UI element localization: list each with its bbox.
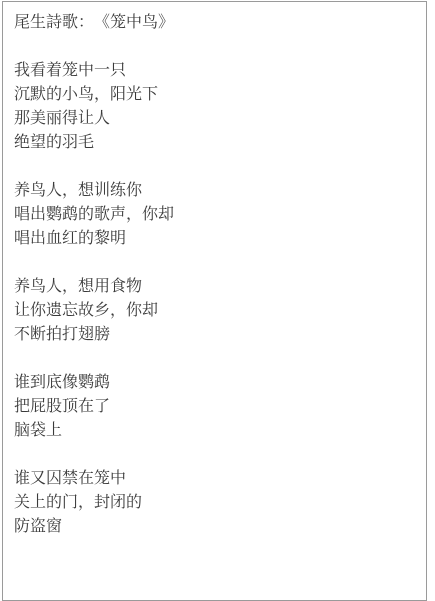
poem-line: 谁到底像鹦鹉: [14, 372, 110, 391]
stanza-2: 养鸟人，想训练你 唱出鹦鹉的歌声，你却 唱出血红的黎明: [14, 178, 414, 250]
poem-line: 养鸟人，想用食物: [14, 276, 142, 295]
poem-line: 养鸟人，想训练你: [14, 180, 142, 199]
poem-line: 防盗窗: [14, 516, 62, 535]
poem-container: 尾生詩歌： 《笼中鸟》 我看着笼中一只 沉默的小鸟，阳光下 那美丽得让人 绝望的…: [2, 1, 427, 549]
poem-line: 我看着笼中一只: [14, 60, 126, 79]
poem-line: 谁又囚禁在笼中: [14, 468, 126, 487]
stanza-5: 谁又囚禁在笼中 关上的门，封闭的 防盗窗: [14, 466, 414, 538]
poem-line: 那美丽得让人: [14, 108, 110, 127]
poem-line: 关上的门，封闭的: [14, 492, 142, 511]
poem-line: 唱出鹦鹉的歌声，你却: [14, 204, 174, 223]
poem-line: 把屁股顶在了: [14, 396, 110, 415]
stanza-3: 养鸟人，想用食物 让你遗忘故乡，你却 不断拍打翅膀: [14, 274, 414, 346]
poem-line: 绝望的羽毛: [14, 132, 94, 151]
poem-title: 尾生詩歌： 《笼中鸟》: [14, 10, 414, 34]
stanza-1: 我看着笼中一只 沉默的小鸟，阳光下 那美丽得让人 绝望的羽毛: [14, 58, 414, 154]
poem-line: 脑袋上: [14, 420, 62, 439]
poem-line: 让你遗忘故乡，你却: [14, 300, 158, 319]
poem-line: 沉默的小鸟，阳光下: [14, 84, 158, 103]
poem-line: 不断拍打翅膀: [14, 324, 110, 343]
poem-line: 唱出血红的黎明: [14, 228, 126, 247]
stanza-4: 谁到底像鹦鹉 把屁股顶在了 脑袋上: [14, 370, 414, 442]
